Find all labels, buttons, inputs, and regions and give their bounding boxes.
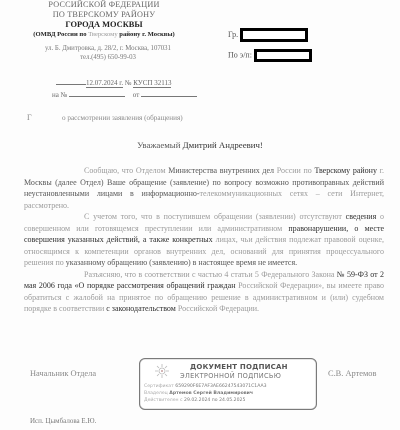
letterhead-line2: ПО ТВЕРСКОМУ РАЙОНУ bbox=[20, 10, 188, 20]
stamp-validity: Действителен с 29.02.2024 по 24.05.2025 bbox=[144, 398, 245, 403]
body-paragraph-2: С учетом того, что в поступившем обращен… bbox=[24, 211, 384, 269]
body-text-run: Министерства внутренних дел bbox=[168, 166, 274, 175]
letterhead: РОССИЙСКОЙ ФЕДЕРАЦИИ ПО ТВЕРСКОМУ РАЙОНУ… bbox=[20, 0, 188, 40]
stamp-certificate: Сертификат 659290F6E7AF3AE66247543071C1A… bbox=[144, 384, 267, 389]
body-paragraph-3: Разъясняю, что в соответствии с частью 4… bbox=[24, 269, 384, 315]
electronic-signature-stamp: ДОКУМЕНТ ПОДПИСАН ЭЛЕКТРОННОЙ ПОДПИСЬЮ С… bbox=[139, 358, 317, 410]
reference-number-label: на № bbox=[52, 91, 67, 99]
letterhead-org-suffix: району г. Москвы) bbox=[119, 31, 174, 38]
stamp-subtitle: ЭЛЕКТРОННОЙ ПОДПИСЬЮ bbox=[180, 372, 281, 380]
letterhead-phone: тел.(495) 650-99-03 bbox=[20, 53, 196, 62]
executor-note: Исп. Цымбалова Е.Ю. bbox=[30, 417, 96, 425]
signatory-name: С.В. Артемов bbox=[328, 369, 376, 378]
redacted-recipient-email bbox=[254, 49, 312, 62]
letterhead-org-prefix: (ОМВД России по bbox=[33, 31, 86, 38]
body-text-run: Российской Федерации. bbox=[176, 304, 259, 313]
recipient-email-line: По э/п: bbox=[228, 49, 312, 62]
stamp-validity-value: 29.02.2024 по 24.05.2025 bbox=[184, 398, 245, 403]
body-text-run: Сообщаю, что Отделом bbox=[84, 166, 168, 175]
reference-from-label: от bbox=[133, 91, 139, 99]
letterhead-line4: (ОМВД России по Тверскому району г. Моск… bbox=[20, 30, 188, 40]
body-text-run: г. bbox=[377, 166, 384, 175]
body-paragraph-1: Сообщаю, что Отделом Министерства внутре… bbox=[24, 165, 384, 211]
letter-page: РОССИЙСКОЙ ФЕДЕРАЦИИ ПО ТВЕРСКОМУ РАЙОНУ… bbox=[0, 0, 400, 430]
letterhead-line3: ГОРОДА МОСКВЫ bbox=[20, 20, 188, 30]
reference-line: на № от bbox=[52, 91, 197, 99]
stamp-owner-value: Артемов Сергей Владимирович bbox=[169, 391, 253, 396]
signatory-title: Начальник Отдела bbox=[30, 369, 96, 378]
stamp-owner-label: Владелец bbox=[144, 391, 168, 396]
body-text-run: сведения bbox=[346, 212, 377, 221]
letter-body: Сообщаю, что Отделом Министерства внутре… bbox=[24, 165, 384, 315]
stamp-title: ДОКУМЕНТ ПОДПИСАН bbox=[190, 363, 288, 371]
letterhead-line1: РОССИЙСКОЙ ФЕДЕРАЦИИ bbox=[20, 0, 188, 10]
body-text-run: Разъясняю, что в соответствии с частью 4… bbox=[84, 270, 337, 279]
registration-number-label: № bbox=[125, 79, 132, 87]
recipient-email-label: По э/п: bbox=[228, 50, 252, 59]
registration-line: 12.07.2024 г. № КУСП 32113 bbox=[56, 79, 171, 88]
subject-bracket: Г bbox=[27, 113, 32, 122]
stamp-certificate-value: 659290F6E7AF3AE66247543071C1AA3 bbox=[175, 384, 266, 389]
letterhead-address: ул. Б. Дмитровка, д. 28/2, г. Москва, 10… bbox=[20, 44, 196, 53]
recipient-label: Гр. bbox=[228, 30, 238, 39]
body-text-run: С учетом того, что в поступившем обращен… bbox=[84, 212, 346, 221]
letterhead-org-district: Тверскому bbox=[88, 31, 117, 38]
stamp-certificate-label: Сертификат bbox=[144, 384, 174, 389]
body-text-run: с законодательством bbox=[106, 304, 176, 313]
body-text-run: России по bbox=[274, 166, 314, 175]
letterhead-address-block: ул. Б. Дмитровка, д. 28/2, г. Москва, 10… bbox=[20, 44, 196, 62]
registration-date: 12.07.2024 г. bbox=[86, 79, 123, 88]
emblem-icon bbox=[152, 362, 172, 380]
stamp-owner: Владелец Артемов Сергей Владимирович bbox=[144, 391, 253, 396]
greeting: Уважаемый Дмитрий Андреевич! bbox=[0, 140, 400, 150]
stamp-validity-label: Действителен с bbox=[144, 398, 183, 403]
greeting-name: Дмитрий Андреевич! bbox=[183, 140, 263, 150]
greeting-prefix: Уважаемый bbox=[137, 140, 180, 150]
registration-number: КУСП 32113 bbox=[133, 79, 171, 88]
subject-text: о рассмотрении заявления (обращения) bbox=[62, 114, 183, 122]
redacted-recipient-name bbox=[240, 28, 308, 42]
body-text-run: Тверскому району bbox=[314, 166, 377, 175]
recipient-name-line: Гр. bbox=[228, 28, 308, 42]
body-text-run: указанному обращению (заявлению) в насто… bbox=[66, 258, 297, 267]
